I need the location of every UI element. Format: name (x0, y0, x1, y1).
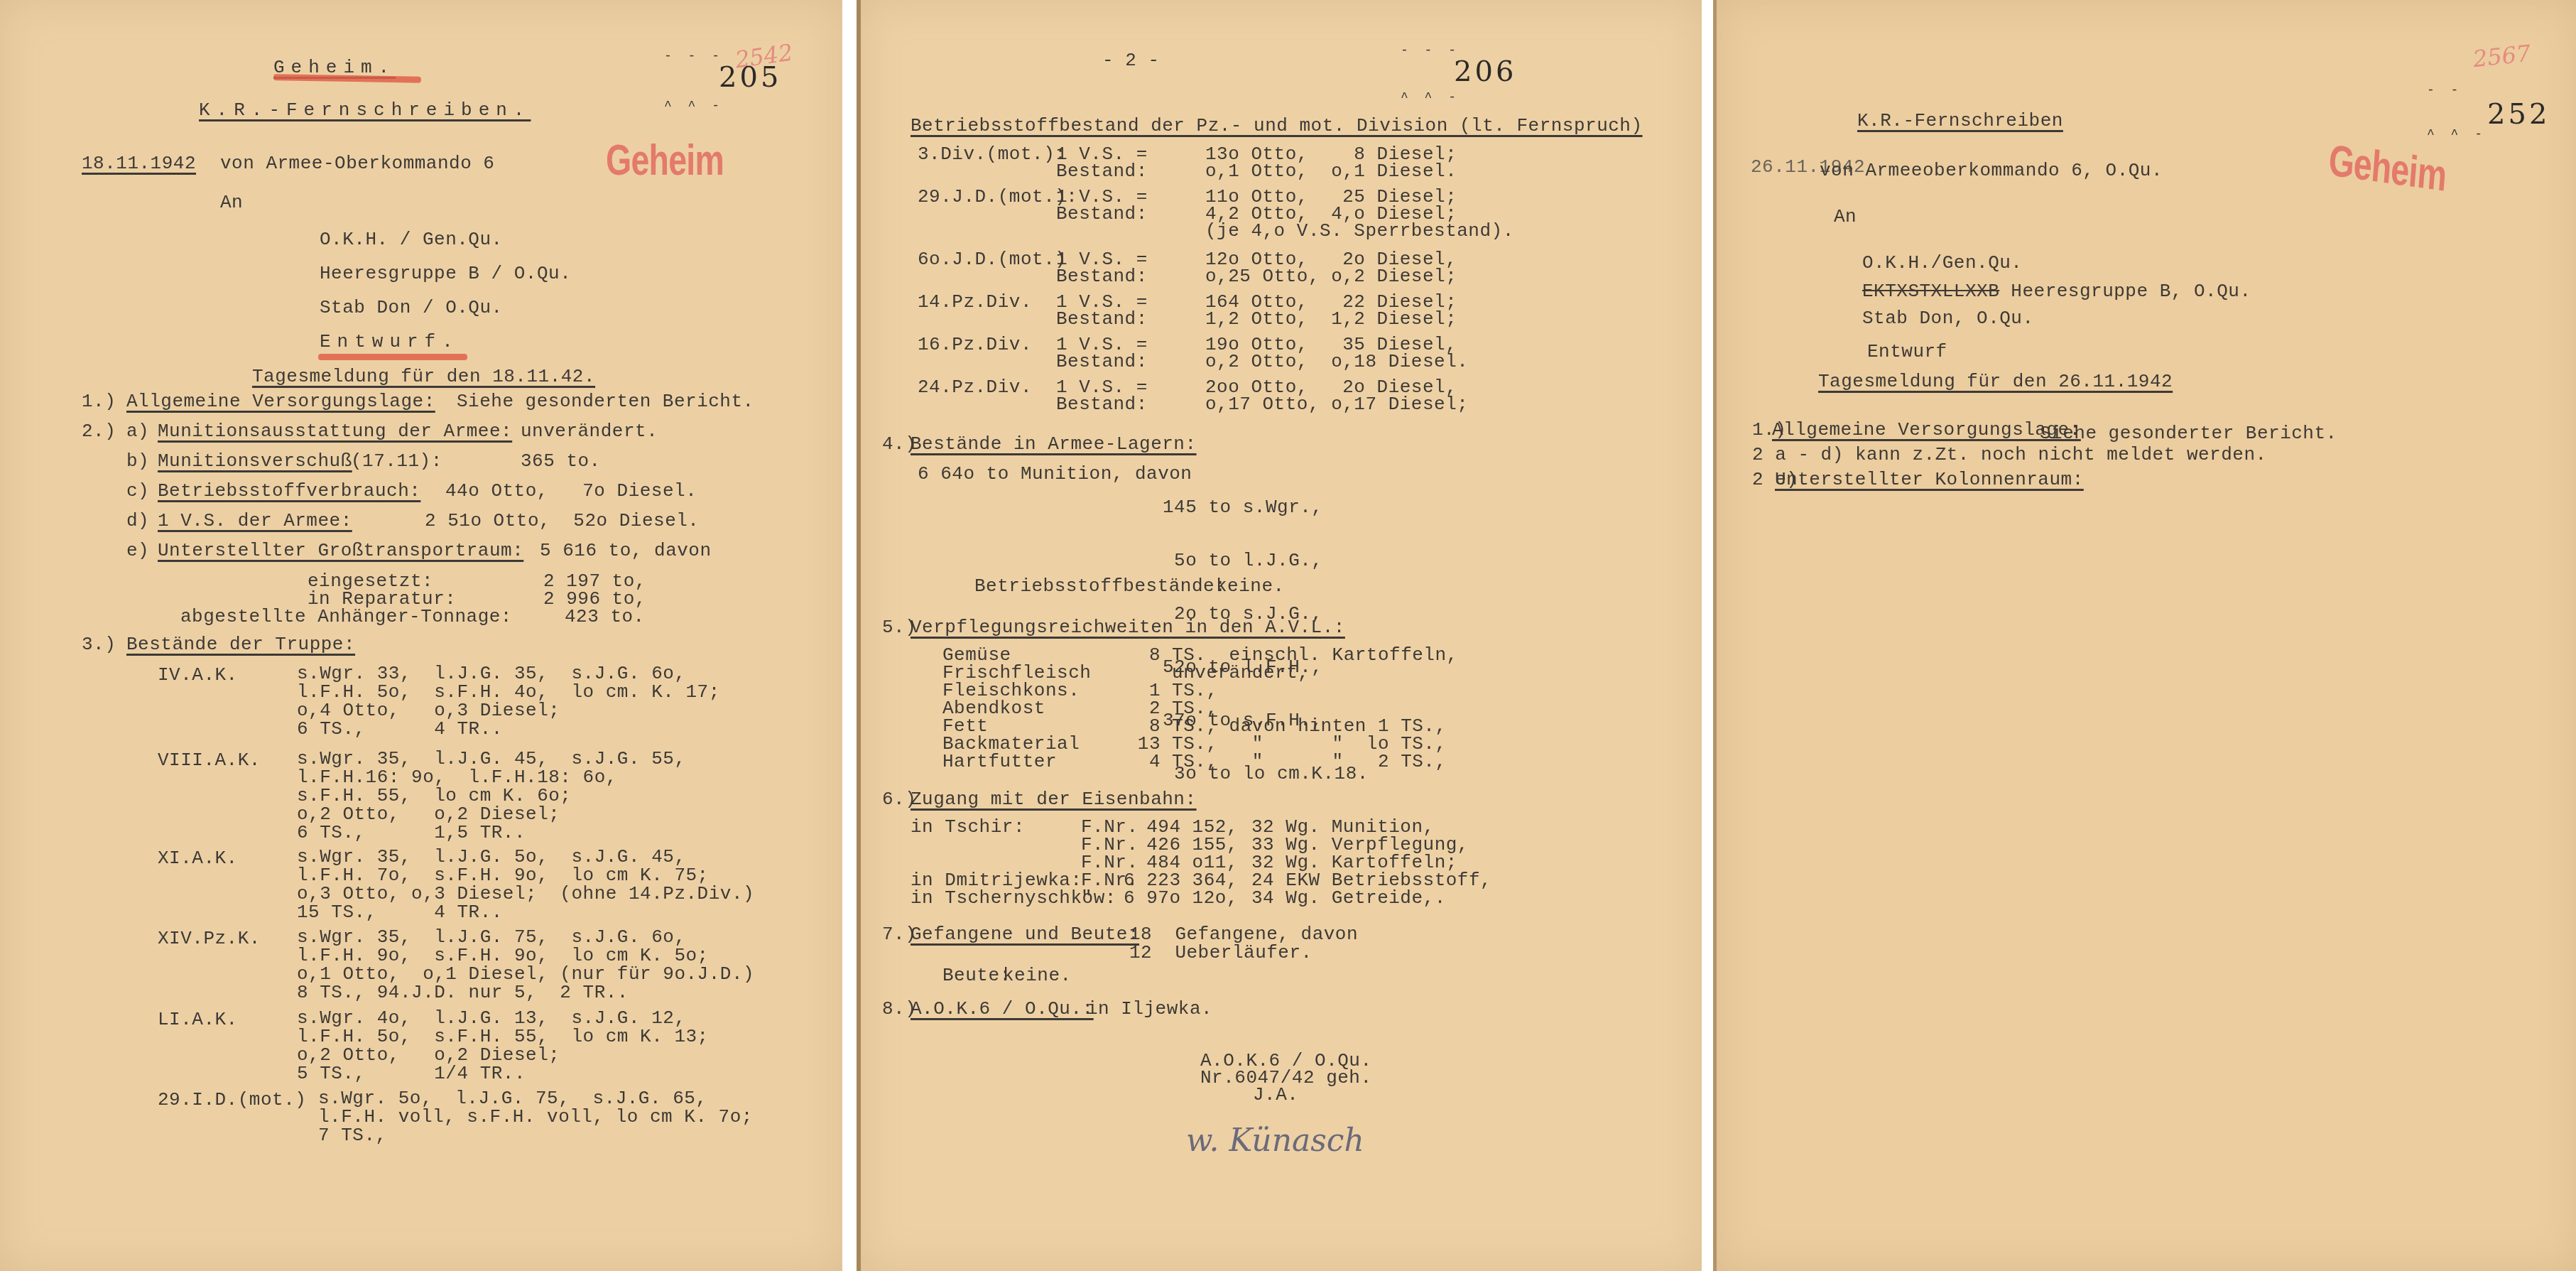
fuel-stock-title: Betriebsstoffbestand der Pz.- und mot. D… (911, 115, 1643, 136)
transport-sub-label: abgestellte Anhänger-Tonnage: (180, 606, 512, 627)
item-key: d) (126, 510, 149, 531)
ammo-used-date: (17.11): (351, 450, 442, 472)
ammo-used-value: 365 to. (521, 450, 601, 472)
transport-value: 5 616 to, davon (540, 540, 712, 561)
corps-line: l.F.H. 5o, s.F.H. 55, lo cm K. 13; (297, 1027, 709, 1046)
corps-name: LI.A.K. (158, 1009, 238, 1030)
corps-line: 15 TS., 4 TR.. (297, 903, 754, 921)
document-page-3: 2567 - - 252 ^ ^ - Geheim K.R.-Fernschre… (1713, 0, 2576, 1271)
section-1-label: Allgemeine Versorgungslage: (126, 391, 435, 412)
geheim-stamp: Geheim (2327, 135, 2448, 202)
recipient-2-line: EKTXSTXLLXXB Heeresgruppe B, O.Qu. (1862, 281, 2251, 302)
folio-marks: ^ ^ - (1401, 91, 1460, 105)
corps-line: s.Wgr. 35, l.J.G. 45, s.J.G. 55, (297, 750, 686, 768)
recipient-2: Heeresgruppe B, O.Qu. (2011, 281, 2251, 302)
ammo-status-label: Munitionsausstattung der Armee: (158, 421, 512, 442)
item-key: b) (126, 450, 149, 472)
to-label: An (220, 192, 243, 213)
corps-line: l.F.H. 7o, s.F.H. 9o, lo cm K. 75; (297, 866, 754, 885)
sender: von Armee-Oberkommando 6 (220, 153, 494, 174)
item-key: a) (126, 421, 149, 442)
item-key: e) (126, 540, 149, 561)
corps-line: 6 TS., 1,5 TR.. (297, 823, 686, 842)
sender-text: von Armeeoberkommando 6, O.Qu. (1820, 160, 2163, 181)
section-3-label: Bestände der Truppe: (126, 634, 355, 655)
transport-sub-value: 423 to. (565, 606, 645, 627)
ration-qty: 8 (1131, 647, 1161, 664)
division-name: 3.Div.(mot.): (918, 144, 1066, 165)
stock-value: o,2 Otto, o,18 Diesel. (1205, 351, 1468, 372)
corps-line: l.F.H. voll, s.F.H. voll, lo cm K. 7o; (318, 1108, 753, 1126)
stock-value: o,25 Otto, o,2 Diesel; (1205, 266, 1457, 287)
section-1-value: Siehe gesonderter Bericht. (2040, 423, 2337, 444)
rail-cargo: 34 Wg. Getreide,. (1251, 887, 1446, 909)
folio-number: 252 (2487, 98, 2550, 131)
corps-name: IV.A.K. (158, 664, 238, 686)
corps-line: s.Wgr. 5o, l.J.G. 75, s.J.G. 65, (318, 1089, 753, 1108)
struck-text: EKTXSTXLLXXB (1862, 281, 1999, 302)
ammo-stock-lead: 6 64o to Munition, davon (918, 463, 1192, 485)
section-number: 2.) (82, 421, 116, 442)
page-number-marker: - 2 - (1102, 50, 1160, 71)
section-1-value: Siehe gesonderten Bericht. (457, 391, 754, 412)
corps-line: o,2 Otto, o,2 Diesel; (297, 1046, 709, 1064)
corps-name: XIV.Pz.K. (158, 928, 261, 949)
stock-label: Bestand: (1056, 351, 1148, 372)
red-pencil-underline (318, 354, 467, 360)
corps-lines: s.Wgr. 5o, l.J.G. 75, s.J.G. 65,l.F.H. v… (318, 1089, 753, 1145)
report-title: Tagesmeldung für den 18.11.42. (252, 366, 595, 387)
corps-line: s.Wgr. 35, l.J.G. 5o, s.J.G. 45, (297, 848, 754, 866)
fuel-consumption-value: 44o Otto, 7o Diesel. (445, 480, 697, 502)
fuel-consumption-label: Betriebsstoffverbrauch: (158, 480, 420, 502)
section-number: 1.) (82, 391, 116, 412)
corps-line: l.F.H. 9o, s.F.H. 9o, lo cm K. 5o; (297, 946, 754, 965)
section-1-label: Allgemeine Versorgungslage: (1772, 419, 2081, 440)
rail-place: in Tschernyschkow: (911, 889, 1081, 907)
corps-line: o,2 Otto, o,2 Diesel; (297, 805, 686, 823)
recipient-3: Stab Don / O.Qu. (320, 297, 503, 318)
ammo-stock-item: 145 to s.Wgr., (1163, 499, 1369, 516)
hq-location: in Iljewka. (1087, 998, 1212, 1019)
ammo-status-value: unverändert. (521, 421, 658, 442)
stock-label: Bestand: (1056, 266, 1148, 287)
army-vs-label: 1 V.S. der Armee: (158, 510, 352, 531)
ration-text: TS., " " 2 TS., (1172, 751, 1446, 772)
section-2e-label: Unterstellter Kolonnenraum: (1775, 469, 2084, 490)
ammo-used-label: Munitionsverschuß (158, 450, 352, 472)
corps-line: l.F.H. 5o, s.F.H. 4o, lo cm. K. 17; (297, 683, 720, 701)
recipient-1: O.K.H./Gen.Qu. (1862, 252, 2022, 274)
corps-line: s.Wgr. 35, l.J.G. 75, s.J.G. 6o, (297, 928, 754, 946)
rail-table: in Tschir:F.Nr. 494 152,32 Wg. Munition,… (911, 818, 1491, 907)
signature-ia: J.A. (1253, 1084, 1298, 1105)
handwritten-signature: w. Künasch (1186, 1123, 1364, 1159)
stock-note: (je 4,o V.S. Sperrbestand). (1205, 220, 1514, 242)
ration-item: Hartfutter (942, 753, 1131, 771)
division-name: 14.Pz.Div. (918, 291, 1032, 313)
document-page-2: - 2 - - - - 206 ^ ^ - Betriebsstoffbesta… (857, 0, 1702, 1271)
stock-label: Bestand: (1056, 394, 1148, 415)
division-name: 24.Pz.Div. (918, 377, 1032, 398)
section-2ad-text: 2 a - d) kann z.Zt. noch nicht meldet we… (1752, 444, 2267, 465)
document-type: K.R.-Fernschreiben. (199, 99, 531, 121)
corps-lines: s.Wgr. 35, l.J.G. 75, s.J.G. 6o,l.F.H. 9… (297, 928, 754, 1002)
folio-marks: - - - (664, 50, 724, 64)
section-7-label: Gefangene und Beute: (911, 924, 1139, 945)
stock-value: 1,2 Otto, 1,2 Diesel; (1205, 308, 1457, 330)
item-key: c) (126, 480, 149, 502)
geheim-stamp: Geheim (606, 135, 724, 185)
archive-pencil-number: 2567 (2472, 40, 2532, 72)
corps-line: 5 TS., 1/4 TR.. (297, 1064, 709, 1083)
folio-marks: ^ ^ - (664, 99, 724, 114)
folio-number: 206 (1454, 55, 1516, 88)
section-5-label: Verpflegungsreichweiten in den A.V.L.: (911, 617, 1345, 638)
corps-line: s.F.H. 55, lo cm K. 6o; (297, 786, 686, 805)
fuel-stock-value: keine. (1216, 575, 1285, 597)
division-name: 6o.J.D.(mot.) (918, 249, 1066, 270)
ration-table: Gemüse8 TS. einschl. Kartoffeln, Frischf… (942, 647, 1458, 771)
to-label: An (1834, 206, 1857, 227)
division-name: 16.Pz.Div. (918, 334, 1032, 355)
document-date: 18.11.1942 (82, 153, 196, 174)
rail-fnr: " (1081, 889, 1124, 907)
recipient-3: Stab Don, O.Qu. (1862, 308, 2034, 329)
section-4-label: Bestände in Armee-Lagern: (911, 433, 1197, 455)
report-title: Tagesmeldung für den 26.11.1942 (1818, 371, 2173, 392)
defectors-value: 12 Ueberläufer. (1129, 942, 1313, 963)
stock-value: o,1 Otto, o,1 Diesel. (1205, 161, 1457, 182)
stock-label: Bestand: (1056, 203, 1148, 225)
rail-place: in Tschir: (911, 818, 1081, 836)
army-vs-value: 2 51o Otto, 52o Diesel. (425, 510, 699, 531)
corps-line: s.Wgr. 4o, l.J.G. 13, s.J.G. 12, (297, 1009, 709, 1027)
corps-name: XI.A.K. (158, 848, 238, 869)
corps-lines: s.Wgr. 33, l.J.G. 35, s.J.G. 6o,l.F.H. 5… (297, 664, 720, 738)
document-page-1: 2542 - - - 205 ^ ^ - Geheim Geheim. K.R.… (0, 0, 842, 1271)
folio-marks: - - (2427, 84, 2462, 98)
corps-lines: s.Wgr. 35, l.J.G. 45, s.J.G. 55,l.F.H.16… (297, 750, 686, 842)
stock-label: Bestand: (1056, 161, 1148, 182)
corps-lines: s.Wgr. 4o, l.J.G. 13, s.J.G. 12,l.F.H. 5… (297, 1009, 709, 1083)
section-number: 3.) (82, 634, 116, 655)
corps-line: 7 TS., (318, 1126, 753, 1145)
red-pencil-underline (273, 74, 421, 83)
corps-line: o,3 Otto, o,3 Diesel; (ohne 14.Pz.Div.) (297, 885, 754, 903)
corps-lines: s.Wgr. 35, l.J.G. 5o, s.J.G. 45,l.F.H. 7… (297, 848, 754, 921)
corps-name: VIII.A.K. (158, 750, 261, 771)
stock-label: Bestand: (1056, 308, 1148, 330)
rail-number: 6 97o 12o, (1124, 889, 1251, 907)
folio-marks: ^ ^ - (2427, 128, 2487, 142)
section-6-label: Zugang mit der Eisenbahn: (911, 789, 1197, 810)
corps-line: o,4 Otto, o,3 Diesel; (297, 701, 720, 720)
fuel-stock-label: Betriebsstoffbestände: (974, 575, 1226, 597)
ration-qty: 4 (1131, 753, 1161, 771)
folio-marks: - - - (1401, 44, 1460, 58)
corps-line: l.F.H.16: 9o, l.F.H.18: 6o, (297, 768, 686, 786)
booty-label: Beute: (942, 965, 1011, 986)
booty-value: keine. (1003, 965, 1072, 986)
corps-line: o,1 Otto, o,1 Diesel, (nur für 9o.J.D.) (297, 965, 754, 983)
corps-line: s.Wgr. 33, l.J.G. 35, s.J.G. 6o, (297, 664, 720, 683)
rail-row: in Tschernyschkow:"6 97o 12o,34 Wg. Getr… (911, 889, 1491, 907)
draft-marker: Entwurf. (320, 331, 460, 352)
folio-number: 205 (719, 61, 781, 94)
corps-line: 6 TS., 4 TR.. (297, 720, 720, 738)
corps-name: 29.I.D.(mot.) (158, 1089, 306, 1110)
recipient-1: O.K.H. / Gen.Qu. (320, 229, 503, 250)
stock-value: o,17 Otto, o,17 Diesel; (1205, 394, 1468, 415)
division-name: 29.J.D.(mot.): (918, 186, 1077, 207)
section-8-label: A.O.K.6 / O.Qu.: (911, 998, 1094, 1019)
recipient-2: Heeresgruppe B / O.Qu. (320, 263, 571, 284)
draft-marker: Entwurf (1867, 341, 1947, 362)
transport-label: Unterstellter Großtransportraum: (158, 540, 523, 561)
ammo-stock-item: 5o to l.J.G., (1163, 552, 1369, 570)
document-type: K.R.-Fernschreiben (1857, 110, 2063, 131)
corps-line: 8 TS., 94.J.D. nur 5, 2 TR.. (297, 983, 754, 1002)
ration-row: Hartfutter4 TS., " " 2 TS., (942, 753, 1458, 771)
